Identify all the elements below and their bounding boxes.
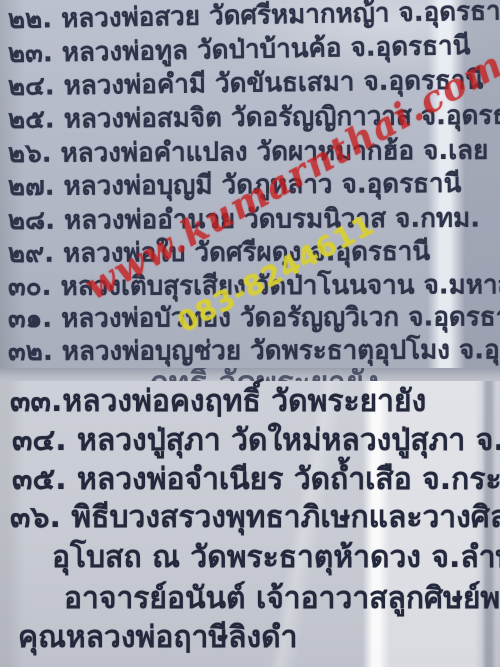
photo-frame: ๒๒. หลวงพ่อสวย วัดศรีหมากหญ้า จ.อุดรธานี…: [0, 0, 500, 667]
note-line-continuation-3: คุณหลวงพ่อฤาษีลิงดำ: [18, 619, 298, 656]
list-line-36: ๓๖. พิธีบวงสรวงพุทธาภิเษกและวางศิลา: [10, 499, 500, 536]
list-line-23: ๒๓. หลวงพ่อทูล วัดป่าบ้านค้อ จ.อุดรธานี: [8, 30, 471, 70]
photo-stitch-seam: ฤทธิ์ วัดพระยายัง: [0, 368, 500, 381]
list-line-32: ๓๒. หลวงพ่อบุญช่วย วัดพระธาตุอุปโมง จ.อุ…: [8, 334, 500, 368]
paper-bottom-section: ๓๓.หลวงพ่อคงฤทธิ์ วัดพระยายัง ๓๔. หลวงปู…: [0, 381, 500, 667]
list-line-26: ๒๖. หลวงพ่อคำแปลง วัดผาหมากฮ้อ จ.เลย: [8, 135, 488, 170]
seam-clipped-line-fragment: ฤทธิ์ วัดพระยายัง: [150, 368, 379, 381]
list-line-33: ๓๓.หลวงพ่อคงฤทธิ์ วัดพระยายัง: [10, 383, 426, 420]
list-line-31: ๓๑. หลวงพ่อบัวทอง วัดอรัญญวิเวก จ.อุดรธา…: [8, 301, 500, 335]
list-line-35: ๓๕. หลวงพ่อจำเนียร วัดถ้ำเสือ จ.กระบี่: [12, 461, 500, 498]
list-line-34: ๓๔. หลวงปู่สุภา วัดใหม่หลวงปู่สุภา จ.ภูเ…: [12, 422, 500, 459]
note-line-continuation-2: อาจารย์อนันต์ เจ้าอาวาสลูกศิษย์พระ: [64, 580, 500, 617]
note-line-continuation-1: อุโบสถ ณ วัดพระธาตุห้าดวง จ.ลำพูน: [52, 539, 500, 576]
